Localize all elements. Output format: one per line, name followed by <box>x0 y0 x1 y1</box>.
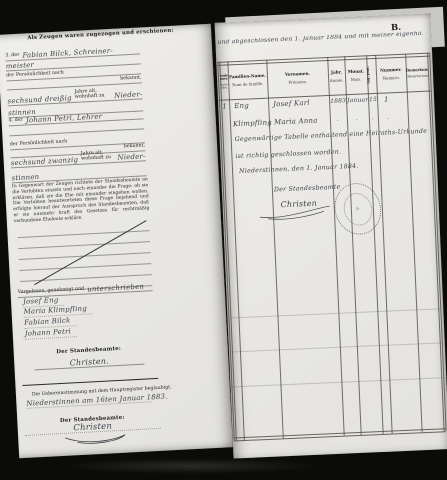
row2-year-ditto: · <box>337 118 339 125</box>
header-col-year: Jahr. Année. <box>327 59 346 95</box>
witness-4-age: sechsund zwanzig <box>11 157 79 168</box>
column-divider <box>375 55 393 434</box>
header-fr: Numéro. <box>376 76 406 81</box>
header-col-first-names: Vornamen. Prénoms. <box>266 60 328 98</box>
row1-act-number: 1 <box>384 96 389 103</box>
witness-4-residence-2: stinnen <box>11 174 39 182</box>
header-de: Laufende Nummer. <box>219 74 228 81</box>
official-stamp-center: ⁂ <box>339 189 376 229</box>
right-page: B. und abgeschlossen den 1. Januar 1884 … <box>215 13 447 458</box>
closing-signature-flourish <box>258 204 334 221</box>
row1-month: Januar <box>347 97 369 104</box>
header-col-month: Monat. Mois. <box>344 58 368 94</box>
registrar-signature-1: Christen. <box>70 357 110 367</box>
declaration-paragraph: In Gegenwart der Zeugen richtete der Sta… <box>12 177 150 225</box>
signature-bride: Maria Klimpfling <box>23 305 93 318</box>
header-fr: Numéro d'ordre. <box>219 84 228 91</box>
row1-number: 1 <box>222 103 227 110</box>
header-fr: Nom de famille. <box>228 82 267 88</box>
table-closing-line-2: ist richtig geschlossen worden. <box>235 150 341 161</box>
row2-day-ditto: · <box>372 116 374 123</box>
header-fr: Mois. <box>345 78 367 83</box>
section-divider-rule <box>22 378 158 386</box>
witness-3-known: bekannt, <box>120 77 142 84</box>
table-right-border-inner <box>427 53 445 432</box>
table-right-border-outer <box>429 53 447 432</box>
header-de: Familien-Name. <box>228 75 267 81</box>
signature-witness-4: Johann Petri <box>25 328 78 340</box>
faint-ledger-line <box>231 377 443 387</box>
header-fr: Observations. <box>406 75 428 79</box>
header-de: Bemerkungen. <box>406 68 428 73</box>
certification-place-date: Niederstinnen am 16ten Januar 1883. <box>26 393 168 407</box>
header-col-act-number: Nummer. Numéro. <box>375 57 406 93</box>
header-de: Jahr. <box>328 71 345 76</box>
table-closing-official: Der Standesbeamte <box>274 185 341 194</box>
left-page: Als Zeugen waren zugezogen und erschiene… <box>0 24 233 459</box>
header-de: Nummer. <box>376 69 406 75</box>
faint-ledger-line <box>228 308 440 318</box>
witness-4-age-printed: Jahre alt, wohnhaft zu <box>81 151 115 163</box>
table-closing-place-date: Niederstinnen, den 1. Januar 1884. <box>239 164 359 176</box>
row1-family-name: Eng <box>234 103 249 111</box>
signature-flourish <box>63 430 134 446</box>
row2-first-names: Maria Anna <box>274 118 318 127</box>
row1-year: 1883 <box>330 98 346 105</box>
row2-act-number-ditto: · <box>387 115 389 122</box>
scanned-document: Als Zeugen waren zugezogen und erschiene… <box>0 0 447 480</box>
scan-smudge <box>60 458 320 474</box>
header-col-remarks: Bemerkungen. Observations. <box>405 56 429 92</box>
header-de: Vornamen. <box>267 72 328 79</box>
witness-3-age-printed: Jahre alt, wohnhaft zu <box>74 89 111 101</box>
header-fr: Prénoms. <box>267 79 328 86</box>
header-de: Monat. <box>345 70 367 75</box>
column-divider <box>266 60 284 439</box>
column-divider <box>366 55 384 434</box>
column-divider <box>344 56 362 435</box>
register-closing-top-note: und abgeschlossen den 1. Januar 1884 und… <box>217 31 422 46</box>
read-approved-hw: unterschrieben <box>87 284 144 294</box>
witnesses-heading: Als Zeugen waren zugezogen und erschiene… <box>27 28 174 42</box>
column-divider <box>327 57 345 436</box>
row1-day: 15 <box>369 97 377 103</box>
witness-4-residence: Nieder- <box>117 153 146 161</box>
row2-month-ditto: · <box>356 117 358 124</box>
header-col-family-name: Familien-Name. Nom de famille. <box>227 63 267 100</box>
column-divider <box>405 54 423 433</box>
header-fr: Année. <box>328 78 345 83</box>
row2-family-name: Klimpfling <box>233 120 272 129</box>
column-divider <box>227 61 245 440</box>
row1-first-names: Josef Karl <box>273 100 310 109</box>
faint-ledger-line <box>230 342 442 352</box>
